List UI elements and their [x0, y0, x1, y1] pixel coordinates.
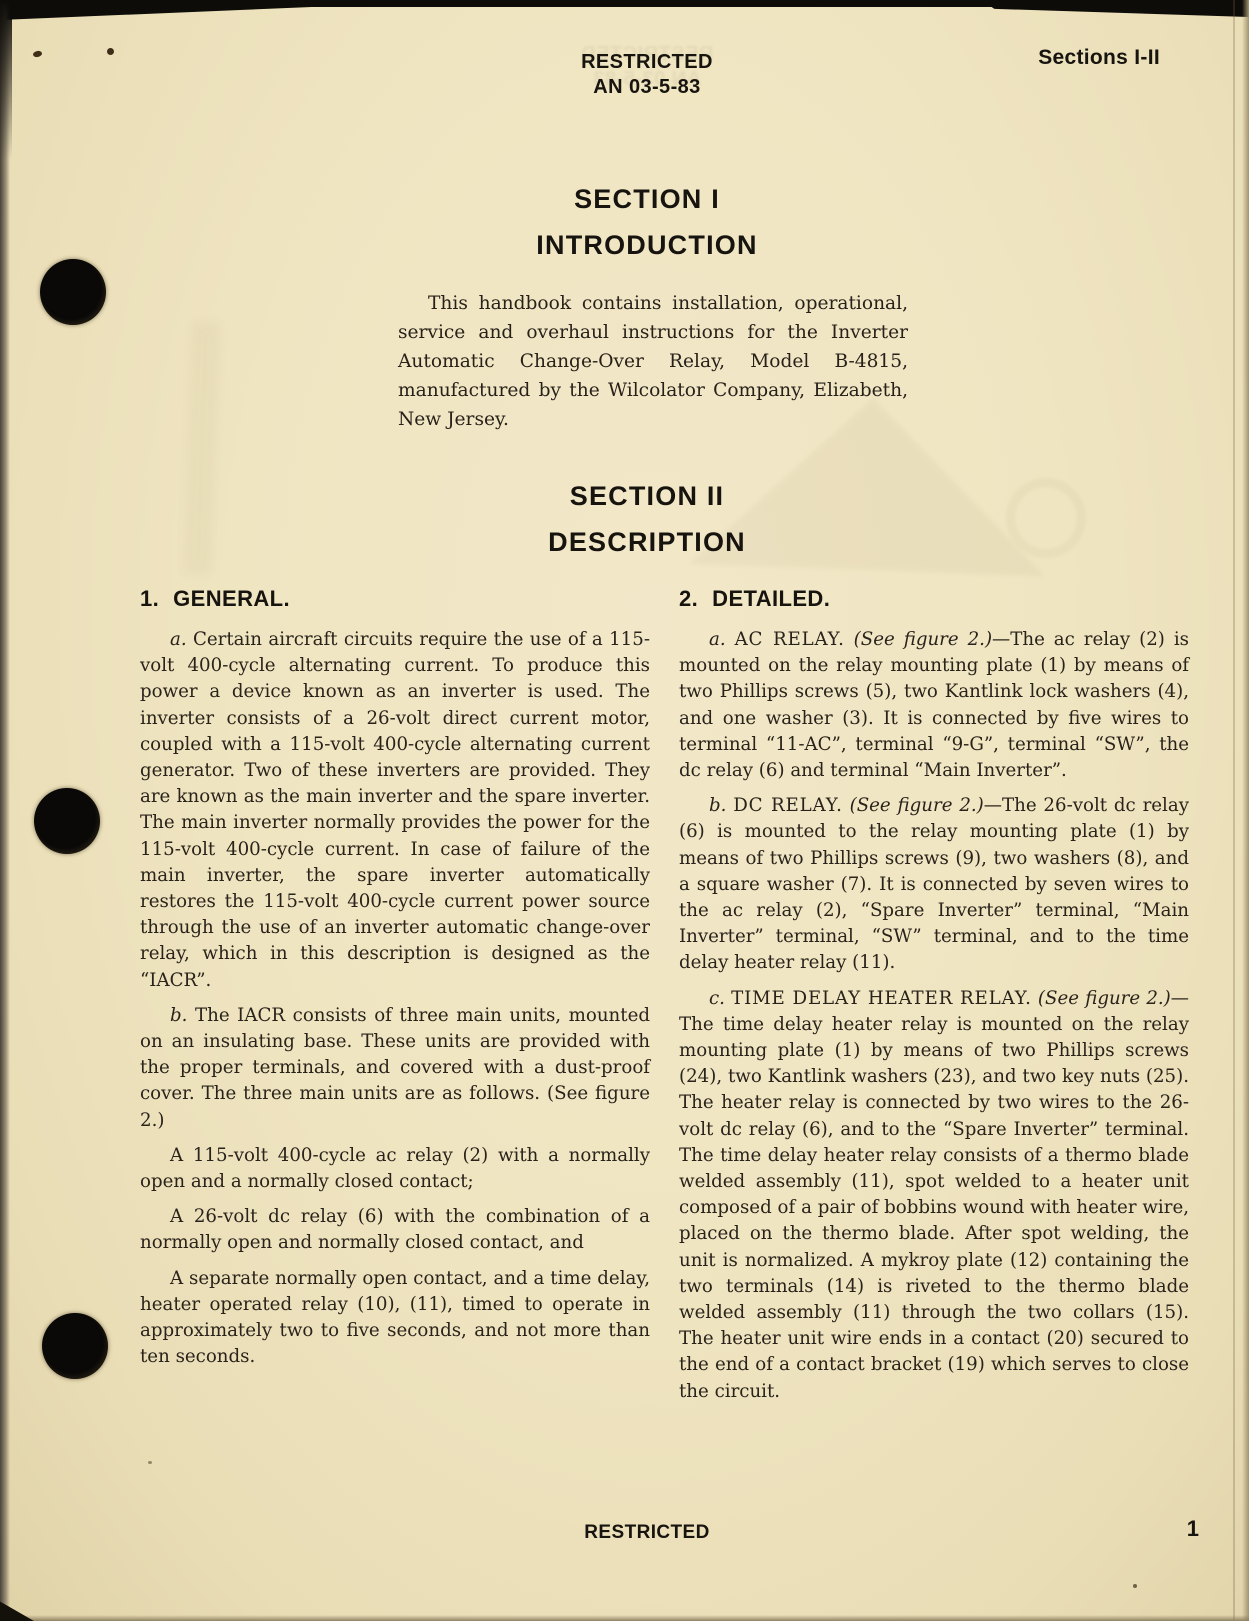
- column-general: 1.GENERAL. a. Certain aircraft circuits …: [140, 586, 650, 1414]
- section-i-subtitle: INTRODUCTION: [45, 230, 1249, 261]
- scan-edge-bottom: [0, 1615, 1249, 1621]
- paragraph-dc-relay: b. DC RELAY. (See figure 2.)—The 26-volt…: [679, 793, 1189, 976]
- scan-edge-left: [0, 0, 10, 1621]
- paragraph-text: The IACR consists of three main units, m…: [140, 1005, 650, 1131]
- scan-speck: [148, 1461, 152, 1464]
- paragraph-lead: b.: [170, 1005, 187, 1026]
- detailed-heading-number: 2.: [679, 586, 698, 611]
- paragraph-lead: c.: [709, 988, 725, 1009]
- section-ii-subtitle: DESCRIPTION: [45, 527, 1249, 558]
- general-heading: 1.GENERAL.: [140, 586, 650, 612]
- section-i-title: SECTION I: [45, 184, 1249, 215]
- column-detailed: 2.DETAILED. a. AC RELAY. (See figure 2.)…: [679, 586, 1189, 1414]
- section-ii-title: SECTION II: [45, 481, 1249, 512]
- sections-reference: Sections I-II: [1038, 46, 1160, 70]
- paragraph-unit-item-2: A 26-volt dc relay (6) with the combinat…: [140, 1204, 650, 1256]
- paragraph-lead: b.: [709, 795, 726, 816]
- general-heading-label: GENERAL.: [173, 586, 290, 611]
- two-column-body: 1.GENERAL. a. Certain aircraft circuits …: [140, 586, 1189, 1414]
- paragraph-general-b: b. The IACR consists of three main units…: [140, 1003, 650, 1134]
- paragraph-topic: AC RELAY.: [735, 629, 845, 650]
- scan-edge-left-top: [0, 0, 12, 160]
- general-heading-number: 1.: [140, 586, 159, 611]
- punch-hole-bottom: [42, 1313, 108, 1379]
- scan-edge-right: [1242, 0, 1249, 1621]
- paragraph-text: Certain aircraft circuits require the us…: [140, 629, 650, 991]
- paragraph-text: —The time delay heater relay is mounted …: [679, 988, 1189, 1402]
- scan-speck: [1133, 1584, 1137, 1588]
- doc-number: AN 03-5-83: [45, 75, 1249, 100]
- footer-restricted-label: RESTRICTED: [45, 1520, 1249, 1545]
- page-edge-line: [1233, 0, 1235, 1621]
- paragraph-lead: a.: [709, 629, 726, 650]
- manual-page: RESTRICTED AN 03-5-83 RESTRICTED AN 03-5…: [0, 0, 1249, 1621]
- paragraph-text: —The ac relay (2) is mounted on the rela…: [679, 629, 1189, 781]
- punch-hole-top: [40, 259, 106, 325]
- scan-speck: [32, 50, 42, 58]
- punch-hole-middle: [34, 788, 100, 854]
- figure-reference: (See figure 2.): [854, 629, 992, 650]
- paragraph-unit-item-3: A separate normally open contact, and a …: [140, 1266, 650, 1371]
- figure-reference: (See figure 2.): [1038, 988, 1171, 1009]
- paragraph-topic: DC RELAY.: [733, 795, 842, 816]
- page-number: 1: [1187, 1516, 1199, 1542]
- detailed-heading: 2.DETAILED.: [679, 586, 1189, 612]
- scan-speck: [107, 48, 114, 55]
- introduction-paragraph: This handbook contains installation, ope…: [398, 289, 908, 434]
- scan-edge-top-right: [981, 0, 1249, 17]
- paragraph-lead: a.: [170, 629, 187, 650]
- paragraph-topic: TIME DELAY HEATER RELAY.: [731, 988, 1032, 1009]
- scan-edge-top-left: [0, 0, 345, 20]
- paragraph-unit-item-1: A 115-volt 400-cycle ac relay (2) with a…: [140, 1143, 650, 1195]
- paragraph-ac-relay: a. AC RELAY. (See figure 2.)—The ac rela…: [679, 627, 1189, 784]
- detailed-heading-label: DETAILED.: [712, 586, 830, 611]
- figure-reference: (See figure 2.): [850, 795, 984, 816]
- paragraph-time-delay-heater-relay: c. TIME DELAY HEATER RELAY. (See figure …: [679, 986, 1189, 1405]
- paragraph-text: —The 26-volt dc relay (6) is mounted to …: [679, 795, 1189, 973]
- paragraph-general-a: a. Certain aircraft circuits require the…: [140, 627, 650, 994]
